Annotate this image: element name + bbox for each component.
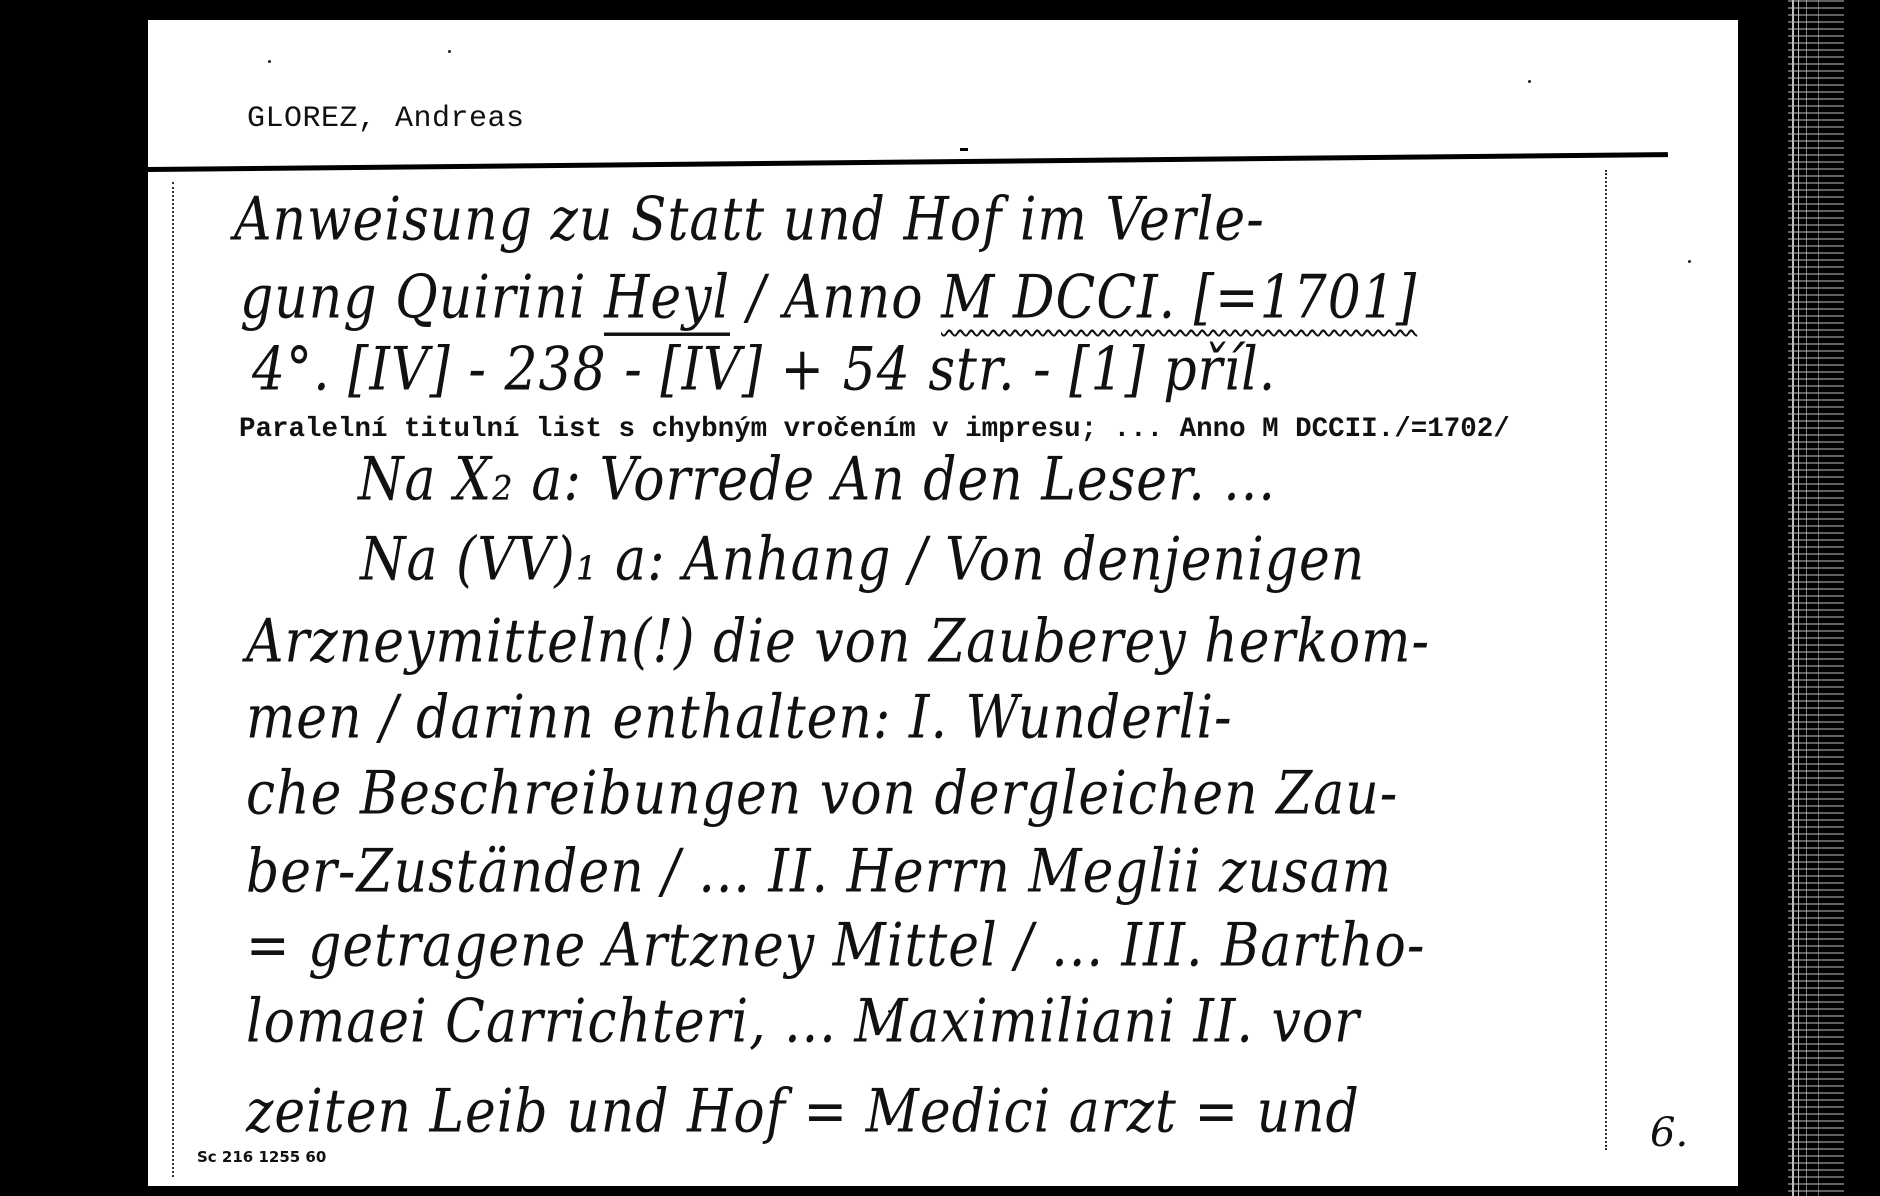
scanner-edge-strip	[1788, 0, 1844, 1196]
handwritten-line-9: ber-Zuständen / ... II. Herrn Meglii zus…	[246, 838, 1392, 907]
scan-speck	[1688, 260, 1691, 263]
printer-name-underlined: Heyl	[604, 264, 730, 336]
right-margin-line	[1605, 170, 1607, 1150]
handwritten-line-6: Arzneymitteln(!) die von Zauberey herkom…	[246, 608, 1430, 677]
scan-speck	[888, 1010, 891, 1013]
left-margin-line	[172, 182, 174, 1177]
catalog-code: Sc 216 1255 60	[197, 1148, 326, 1166]
typed-note: Paralelní titulní list s chybným vročení…	[239, 414, 1510, 445]
page-marker: 6.	[1650, 1110, 1688, 1156]
line2-text-b: / Anno	[730, 264, 941, 333]
handwritten-line-11: lomaei Carrichteri, ... Maximiliani II. …	[246, 988, 1360, 1057]
handwritten-line-10: = getragene Artzney Mittel / ... III. Ba…	[246, 912, 1425, 981]
ink-mark	[960, 148, 968, 151]
handwritten-line-12: zeiten Leib und Hof = Medici arzt = und	[246, 1078, 1360, 1147]
handwritten-line-8: che Beschreibungen von dergleichen Zau-	[246, 760, 1398, 829]
handwritten-line-7: men / darinn enthalten: I. Wunderli-	[246, 684, 1233, 753]
header-divider	[148, 152, 1668, 172]
scan-speck	[1528, 80, 1531, 83]
handwritten-line-5: Na (VV)₁ a: Anhang / Von denjenigen	[360, 526, 1365, 595]
line2-text-a: gung Quirini	[240, 264, 604, 333]
scan-speck	[448, 50, 451, 53]
catalog-card: GLOREZ, Andreas Anweisung zu Statt und H…	[148, 20, 1738, 1186]
handwritten-line-3: 4°. [IV] - 238 - [IV] + 54 str. - [1] př…	[252, 336, 1276, 405]
author-heading: GLOREZ, Andreas	[247, 102, 525, 136]
handwritten-line-2: gung Quirini Heyl / Anno M DCCI. [=1701]	[240, 264, 1417, 333]
imprint-year-wavy: M DCCI. [=1701]	[941, 264, 1417, 333]
handwritten-line-4: Na X₂ a: Vorrede An den Leser. ...	[358, 446, 1276, 515]
handwritten-line-1: Anweisung zu Statt und Hof im Verle-	[234, 186, 1265, 255]
scan-speck	[268, 60, 271, 63]
